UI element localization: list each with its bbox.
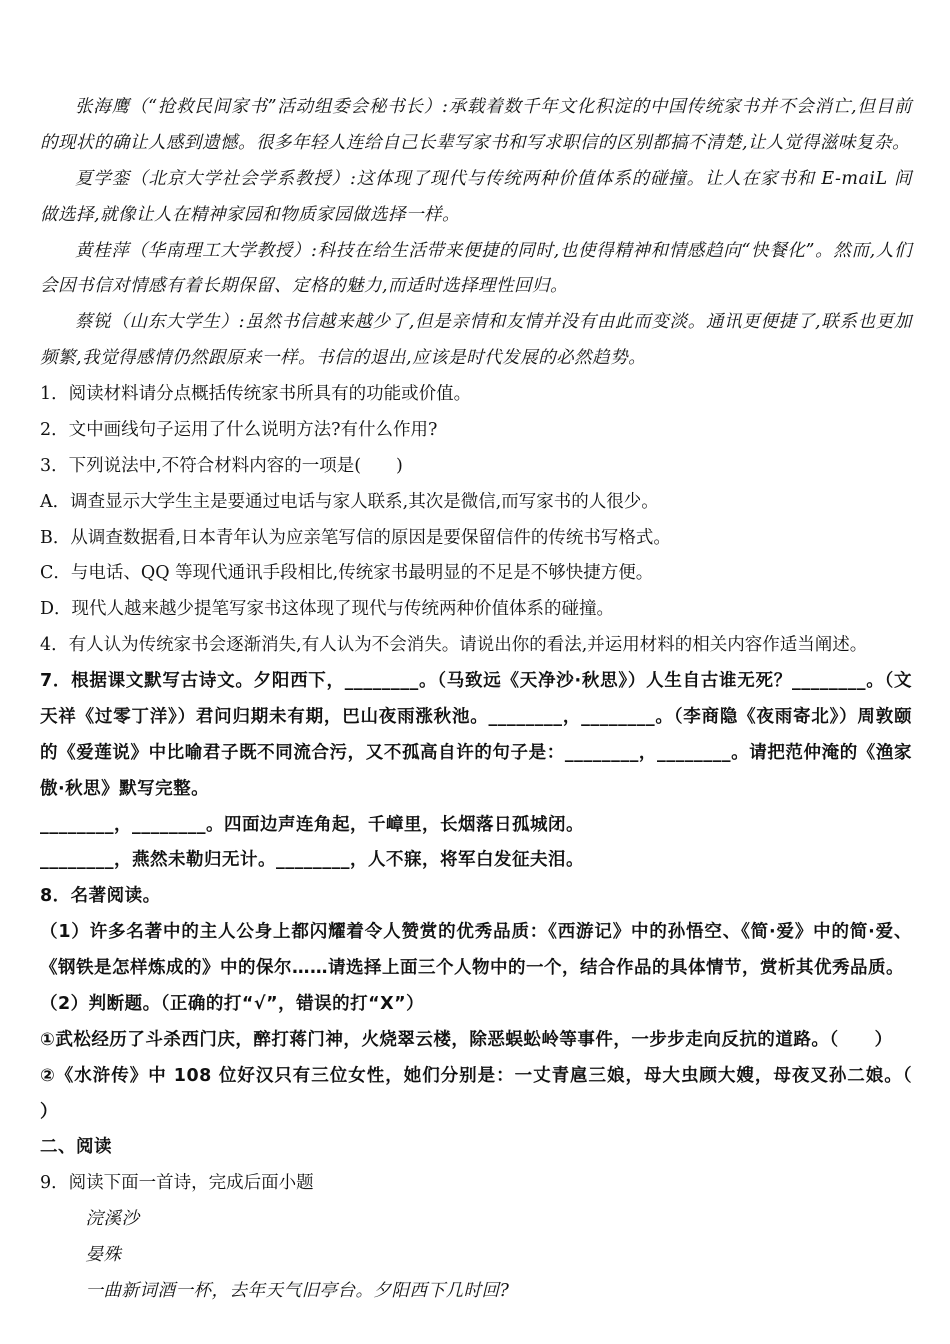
question-3-option-d: D．现代人越来越少提笔写家书这体现了现代与传统两种价值体系的碰撞。 [40,592,912,628]
question-3-option-b: B．从调查数据看,日本青年认为应亲笔写信的原因是要保留信件的传统书写格式。 [40,521,912,557]
question-4: 4．有人认为传统家书会逐渐消失,有人认为不会消失。请说出你的看法,并运用材料的相… [40,628,912,664]
question-7-blank-line-2: ________，燕然未勒归无计。________，人不寐，将军白发征夫泪。 [40,843,912,879]
material-quote-cairui: 蔡锐（山东大学生）:虽然书信越来越少了,但是亲情和友情并没有由此而变淡。通讯更便… [40,305,912,377]
question-7: 7．根据课文默写古诗文。夕阳西下，________。（马致远《天净沙·秋思》）人… [40,664,912,808]
material-quote-zhanghaiying: 张海鹰（“抢救民间家书”活动组委会秘书长）:承载着数千年文化积淀的中国传统家书并… [40,90,912,162]
section-2-heading: 二、阅读 [40,1130,912,1166]
question-1: 1．阅读材料请分点概括传统家书所具有的功能或价值。 [40,377,912,413]
question-2: 2．文中画线句子运用了什么说明方法?有什么作用? [40,413,912,449]
poem-title: 浣溪沙 [40,1202,912,1238]
question-3: 3．下列说法中,不符合材料内容的一项是( ) [40,449,912,485]
material-quote-huangguiping: 黄桂萍（华南理工大学教授）:科技在给生活带来便捷的同时,也使得精神和情感趋向“快… [40,234,912,306]
question-3-option-a: A．调查显示大学生主是要通过电话与家人联系,其次是微信,而写家书的人很少。 [40,485,912,521]
poem-author: 晏殊 [40,1238,912,1274]
document-body: 张海鹰（“抢救民间家书”活动组委会秘书长）:承载着数千年文化积淀的中国传统家书并… [40,90,912,1310]
question-8-judgement-1: ①武松经历了斗杀西门庆，醉打蒋门神，火烧翠云楼，除恶蜈蚣岭等事件，一步步走向反抗… [40,1023,912,1059]
question-8-judgement-2: ②《水浒传》中 108 位好汉只有三位女性，她们分别是：一丈青扈三娘，母大虫顾大… [40,1059,912,1131]
question-9: 9．阅读下面一首诗，完成后面小题 [40,1166,912,1202]
poem-line-1: 一曲新词酒一杯，去年天气旧亭台。夕阳西下几时回? [40,1274,912,1310]
question-8-part-1: （1）许多名著中的主人公身上都闪耀着令人赞赏的优秀品质：《西游记》中的孙悟空、《… [40,915,912,987]
question-3-option-c: C．与电话、QQ 等现代通讯手段相比,传统家书最明显的不足是不够快捷方便。 [40,556,912,592]
question-8: 8．名著阅读。 [40,879,912,915]
question-7-blank-line-1: ________，________。四面边声连角起，千嶂里，长烟落日孤城闭。 [40,808,912,844]
question-8-part-2: （2）判断题。（正确的打“√”，错误的打“X”） [40,987,912,1023]
document-page: 张海鹰（“抢救民间家书”活动组委会秘书长）:承载着数千年文化积淀的中国传统家书并… [0,0,950,1344]
material-quote-xiaxueluan: 夏学銮（北京大学社会学系教授）:这体现了现代与传统两种价值体系的碰撞。让人在家书… [40,162,912,234]
